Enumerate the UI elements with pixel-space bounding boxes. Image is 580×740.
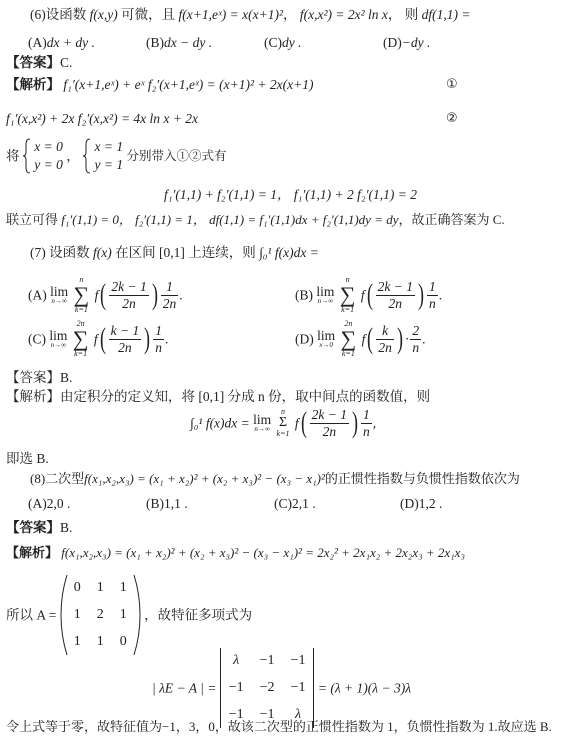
q8-option-d: (D)1,2 .	[400, 497, 442, 511]
answer-value: B.	[60, 520, 72, 535]
determinant-table: λ−1−1 −1−2−1 −1−1λ	[221, 648, 314, 728]
sum-operator: n∑k=1	[74, 276, 90, 314]
equation-1: f₁′(x+1,eˣ) + eˣ f₂′(x+1,eˣ) = (x+1)² + …	[63, 77, 313, 92]
fraction: 1n	[153, 324, 164, 354]
lim-operator: limn→∞	[49, 329, 67, 350]
lim-subscript: n→∞	[316, 298, 334, 305]
expanded-equation: f(x₁,x₂,x₃) = (x₁ + x₂)² + (x₂ + x₃)² − …	[61, 545, 465, 560]
q8-conclusion: 令上式等于零，故特征值为−1，3，0，故该二次型的正惯性指数为 1，负惯性指数为…	[6, 720, 552, 733]
answer-value: B.	[60, 370, 72, 385]
answer-tag: 【答案】	[6, 55, 60, 70]
result-equation: f₁′(1,1) + f₂′(1,1) = 1， f₁′(1,1) + 2 f₂…	[164, 187, 417, 202]
option-label: (C)	[264, 35, 282, 50]
q8-stem-prefix: (8)二次型	[30, 471, 84, 486]
q8-stem: (8)二次型f(x₁,x₂,x₃) = (x₁ + x₂)² + (x₂ + x…	[30, 472, 520, 485]
fraction: k2n	[376, 324, 394, 354]
q8-option-a: (A)2,0 .	[28, 497, 70, 511]
option-label: (B)	[146, 35, 164, 50]
system-a: x = 0 y = 0	[34, 138, 63, 174]
matrix-table: 011 121 110	[66, 574, 135, 656]
q8-option-b: (B)1,1 .	[146, 497, 188, 511]
left-paren-icon	[60, 574, 68, 656]
matrix-cell: 1	[66, 601, 89, 628]
numerator: 2	[410, 324, 421, 340]
q6-option-a: (A)dx + dy .	[28, 36, 95, 50]
fraction: 2k − 12n	[310, 408, 349, 438]
brace-system-b	[83, 138, 91, 174]
numerator: 2k − 1	[376, 280, 415, 296]
q8-answer: 【答案】B.	[6, 521, 72, 535]
substitution-prefix: 将	[6, 148, 20, 163]
answer-tag: 【答案】	[6, 520, 60, 535]
q6-condition-2: f(x,x²) = 2x² ln x	[300, 7, 388, 22]
q6-conclusion: 联立可得 f₁′(1,1) = 0， f₂′(1,1) = 1， df(1,1)…	[6, 213, 505, 226]
left-brace-icon	[23, 138, 31, 174]
q6-ask: df(1,1) =	[422, 7, 471, 22]
numerator: 2k − 1	[310, 408, 349, 424]
option-label: (C)	[274, 496, 292, 511]
conclusion-suffix: ，故正确答案为 C.	[399, 212, 505, 227]
numerator: 1	[161, 280, 179, 296]
q6-eq1-marker: ①	[446, 78, 458, 91]
option-value: −dy .	[402, 35, 431, 50]
option-label: (A)	[28, 35, 47, 50]
fraction: 1n	[427, 280, 438, 310]
answer-value: C.	[60, 55, 72, 70]
denominator: 2n	[109, 340, 142, 355]
det-cell: −1	[221, 675, 252, 702]
numerator: 1	[361, 408, 372, 424]
denominator: 2n	[376, 296, 415, 311]
lim-operator: limn→∞	[253, 413, 271, 434]
numerator: k	[376, 324, 394, 340]
q6-fxy: f(x,y)	[90, 7, 118, 22]
q7-interval: [0,1]	[159, 245, 185, 260]
q7-option-c: (C) limn→∞ 2n∑k=1 f(k − 12n)1n.	[28, 320, 168, 358]
matrix-cell: 1	[112, 601, 135, 628]
q6-result-eq: f₁′(1,1) + f₂′(1,1) = 1， f₁′(1,1) + 2 f₂…	[164, 188, 417, 202]
lim-operator: limn→∞	[316, 285, 334, 306]
matrix-cell: 1	[112, 574, 135, 601]
integral-left: ∫₀¹ f(x)dx =	[190, 415, 250, 430]
q6-stem: (6)设函数 f(x,y) 可微，且 f(x+1,eˣ) = x(x+1)²， …	[30, 8, 471, 22]
option-value: dx − dy .	[164, 35, 212, 50]
fraction: k − 12n	[109, 324, 142, 354]
matrix-cell: 0	[112, 629, 135, 656]
option-label: (D)	[295, 331, 314, 346]
determinant-right: = (λ + 1)(λ − 3)λ	[318, 680, 411, 695]
sum-lower: k=1	[277, 430, 290, 438]
system-b-eq1: x = 1	[94, 138, 123, 156]
option-label: (A)	[28, 287, 47, 302]
option-label: (A)	[28, 496, 47, 511]
conclusion-math: f₁′(1,1) = 0， f₂′(1,1) = 1， df(1,1) = f₁…	[61, 212, 398, 227]
lim-subscript: n→∞	[253, 426, 271, 433]
q7-answer: 【答案】B.	[6, 371, 72, 385]
det-cell: −1	[252, 648, 283, 675]
right-paren-icon	[133, 574, 141, 656]
q6-analysis-eq1: 【解析】 f₁′(x+1,eˣ) + eˣ f₂′(x+1,eˣ) = (x+1…	[6, 78, 313, 92]
sum-operator: n∑k=1	[340, 276, 356, 314]
q6-answer: 【答案】C.	[6, 56, 72, 70]
lim-operator: limx→0	[317, 329, 335, 350]
fraction: 2k − 12n	[376, 280, 415, 310]
lim-operator: limn→∞	[50, 285, 68, 306]
q7-stem-mid: 在区间	[115, 245, 156, 260]
matrix-cell: 1	[66, 629, 89, 656]
det-cell: −2	[252, 675, 283, 702]
option-value: 2,0 .	[47, 496, 71, 511]
denominator: 2n	[109, 296, 148, 311]
q6-stem-prefix: (6)设函数	[30, 7, 86, 22]
analysis-tag: 【解析】	[6, 545, 58, 560]
sum-lower: k=1	[340, 306, 356, 314]
fraction: 1n	[361, 408, 372, 438]
lim-subscript: n→∞	[50, 298, 68, 305]
q8-stem-suffix: 的正惯性指数与负惯性指数依次为	[325, 471, 520, 486]
q6-stem-suffix: 则	[405, 7, 419, 22]
option-label: (B)	[146, 496, 164, 511]
lim-subscript: x→0	[317, 342, 335, 349]
q7-option-b: (B) limn→∞ n∑k=1 f(2k − 12n)1n.	[295, 276, 442, 314]
sum-operator: 2n∑k=1	[73, 320, 89, 358]
option-label: (D)	[400, 496, 419, 511]
system-a-eq2: y = 0	[34, 156, 63, 174]
fraction: 2n	[410, 324, 421, 354]
q6-option-c: (C)dy .	[264, 36, 302, 50]
q8-matrix-line: 所以 A = 011 121 110 ，故特征多项式为	[6, 574, 252, 656]
sum-lower: k=1	[341, 350, 357, 358]
q8-quadratic-form: f(x₁,x₂,x₃) = (x₁ + x₂)² + (x₂ + x₃)² − …	[84, 471, 325, 486]
denominator: 2n	[161, 296, 179, 311]
q7-analysis: 【解析】由定积分的定义知，将 [0,1] 分成 n 份，取中间点的函数值，则	[6, 390, 430, 404]
option-value: 1,1 .	[164, 496, 188, 511]
left-brace-icon	[83, 138, 91, 174]
analysis-text: 由定积分的定义知，将 [0,1] 分成 n 份，取中间点的函数值，则	[60, 389, 430, 404]
brace-system-a	[23, 138, 31, 174]
q6-eq2-marker: ②	[446, 112, 458, 125]
option-value: 2,1 .	[292, 496, 316, 511]
option-label: (B)	[295, 287, 313, 302]
matrix-cell: 2	[89, 601, 112, 628]
q7-stem: (7) 设函数 f(x) 在区间 [0,1] 上连续，则 ∫₀¹ f(x)dx …	[30, 246, 319, 260]
det-cell: λ	[221, 648, 252, 675]
denominator: n	[153, 340, 164, 355]
denominator: 2n	[376, 340, 394, 355]
q6-option-b: (B)dx − dy .	[146, 36, 212, 50]
option-value: dy .	[282, 35, 302, 50]
q7-integral: ∫₀¹ f(x)dx =	[259, 245, 319, 260]
system-b-eq2: y = 1	[94, 156, 123, 174]
q7-stem-prefix: (7) 设函数	[30, 245, 90, 260]
numerator: 1	[153, 324, 164, 340]
q6-substitution: 将 x = 0 y = 0 ， x = 1 y = 1 分别带入①②式有	[6, 138, 226, 174]
fraction: 2k − 12n	[109, 280, 148, 310]
option-value: dx + dy .	[47, 35, 95, 50]
system-b: x = 1 y = 1	[94, 138, 123, 174]
q8-option-c: (C)2,1 .	[274, 497, 316, 511]
denominator: 2n	[310, 424, 349, 439]
matrix-cell: 1	[89, 629, 112, 656]
sum-lower: k=1	[73, 350, 89, 358]
det-cell: −1	[283, 675, 314, 702]
q7-fx: f(x)	[93, 245, 112, 260]
lim-subscript: n→∞	[49, 342, 67, 349]
q7-conclusion: 即选 B.	[6, 452, 49, 466]
numerator: k − 1	[109, 324, 142, 340]
denominator: n	[361, 424, 372, 439]
matrix-prefix: 所以 A =	[6, 607, 56, 622]
conclusion-prefix: 联立可得	[6, 212, 58, 227]
analysis-tag: 【解析】	[6, 389, 60, 404]
matrix-cell: 1	[89, 574, 112, 601]
determinant-left: | λE − A | =	[152, 680, 216, 695]
option-label: (C)	[28, 331, 46, 346]
analysis-tag: 【解析】	[6, 77, 60, 92]
option-label: (D)	[383, 35, 402, 50]
fraction: 12n	[161, 280, 179, 310]
numerator: 2k − 1	[109, 280, 148, 296]
q7-analysis-equation: ∫₀¹ f(x)dx = limn→∞ nΣk=1 f(2k − 12n)1n,	[190, 408, 376, 438]
sum-operator: 2n∑k=1	[341, 320, 357, 358]
denominator: n	[410, 340, 421, 355]
q8-analysis-expand: 【解析】 f(x₁,x₂,x₃) = (x₁ + x₂)² + (x₂ + x₃…	[6, 546, 465, 559]
matrix-cell: 0	[66, 574, 89, 601]
substitution-suffix: 分别带入①②式有	[126, 149, 226, 163]
equation-2: f₁′(x,x²) + 2x f₂′(x,x²) = 4x ln x + 2x	[6, 111, 198, 126]
matrix-suffix: ，故特征多项式为	[144, 607, 252, 622]
q8-determinant-line: | λE − A | = λ−1−1 −1−2−1 −1−1λ = (λ + 1…	[152, 648, 411, 728]
q6-analysis-eq2: f₁′(x,x²) + 2x f₂′(x,x²) = 4x ln x + 2x	[6, 112, 198, 126]
q6-option-d: (D)−dy .	[383, 36, 430, 50]
option-value: 1,2 .	[419, 496, 443, 511]
q6-condition-1: f(x+1,eˣ) = x(x+1)²	[178, 7, 283, 22]
denominator: n	[427, 296, 438, 311]
q7-option-d: (D) limx→0 2n∑k=1 f(k2n)·2n.	[295, 320, 425, 358]
sum-operator: nΣk=1	[277, 408, 290, 438]
determinant: λ−1−1 −1−2−1 −1−1λ	[220, 648, 315, 728]
q7-option-a: (A) limn→∞ n∑k=1 f(2k − 12n)12n.	[28, 276, 183, 314]
det-cell: −1	[283, 648, 314, 675]
answer-tag: 【答案】	[6, 370, 60, 385]
matrix-a: 011 121 110	[60, 574, 141, 656]
q6-stem-mid: 可微，且	[121, 7, 175, 22]
q7-stem-mid2: 上连续，则	[188, 245, 256, 260]
numerator: 1	[427, 280, 438, 296]
system-a-eq1: x = 0	[34, 138, 63, 156]
sum-lower: k=1	[74, 306, 90, 314]
